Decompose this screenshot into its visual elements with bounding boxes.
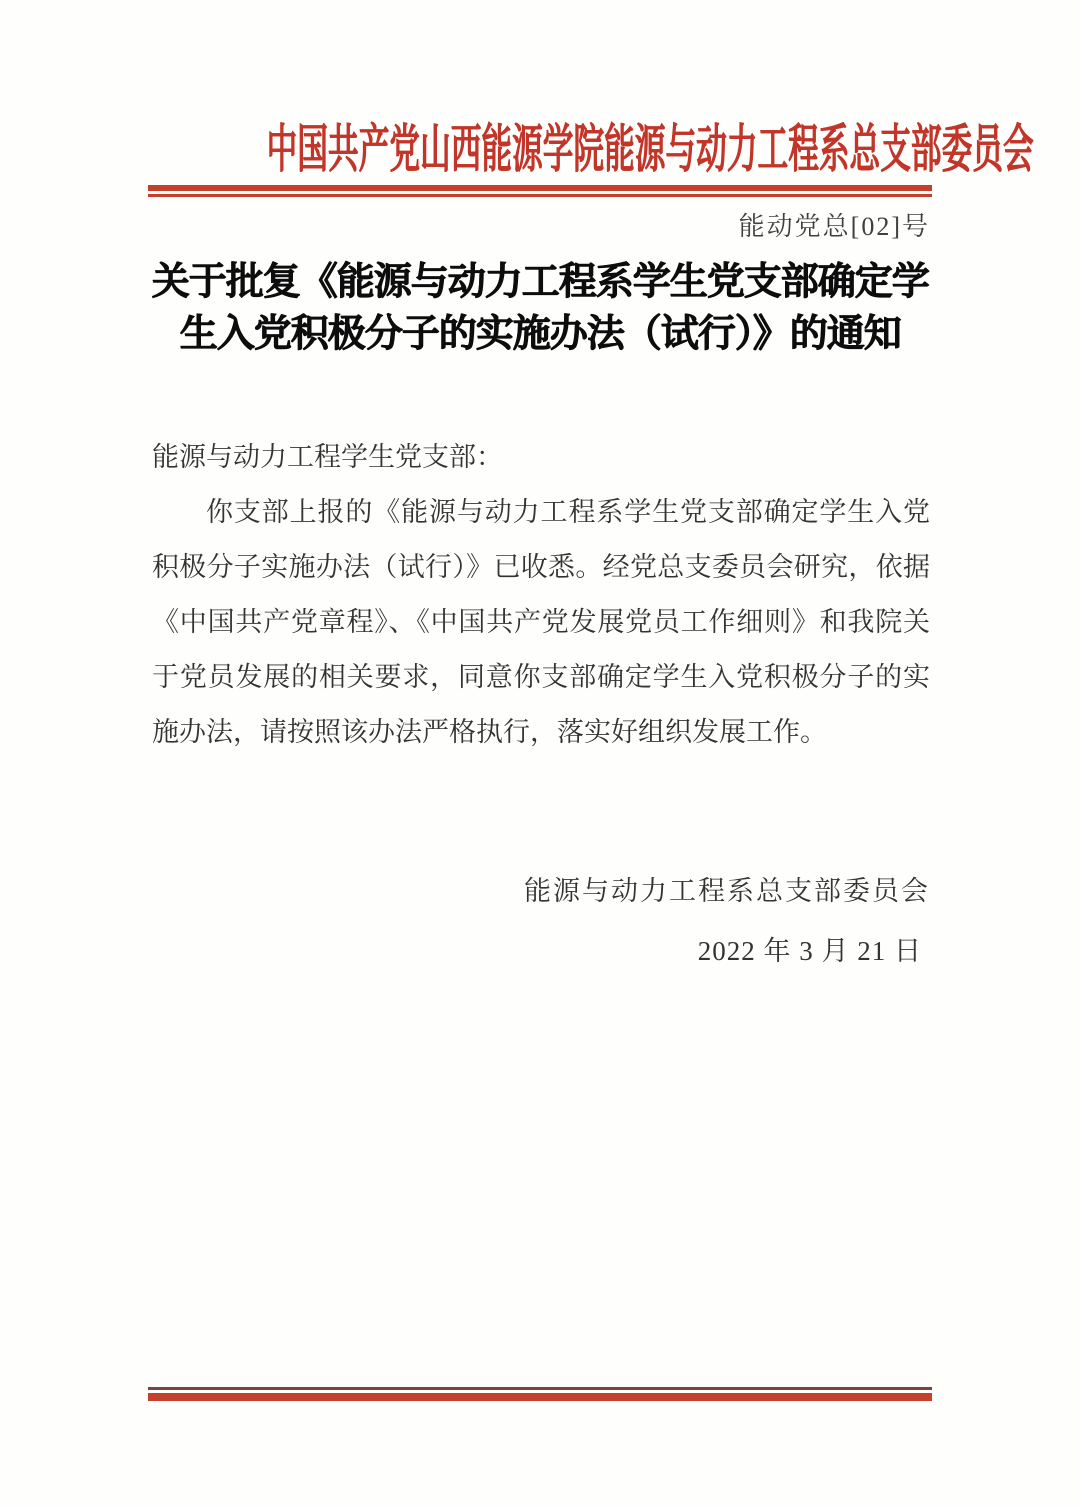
document-page: 中国共产党山西能源学院能源与动力工程系总支部委员会 能动党总[02]号 关于批复… <box>0 0 1080 1508</box>
document-body: 能源与动力工程学生党支部： 你支部上报的《能源与动力工程系学生党支部确定学生入党… <box>152 430 930 760</box>
body-paragraph: 你支部上报的《能源与动力工程系学生党支部确定学生入党积极分子实施办法（试行）》已… <box>152 485 930 760</box>
salutation: 能源与动力工程学生党支部： <box>152 430 930 485</box>
document-title-line-1: 关于批复《能源与动力工程系学生党支部确定学 <box>0 256 1080 308</box>
bottom-rule-thin <box>148 1387 932 1390</box>
letterhead-title: 中国共产党山西能源学院能源与动力工程系总支部委员会 <box>267 110 1034 190</box>
document-title: 关于批复《能源与动力工程系学生党支部确定学 生入党积极分子的实施办法（试行）》的… <box>0 256 1080 360</box>
top-rule-thick <box>148 185 932 191</box>
signature-block: 能源与动力工程系总支部委员会 2022 年 3 月 21 日 <box>150 864 930 979</box>
letterhead: 中国共产党山西能源学院能源与动力工程系总支部委员会 <box>0 110 1080 190</box>
top-rule-thin <box>148 194 932 197</box>
document-title-line-2: 生入党积极分子的实施办法（试行）》的通知 <box>0 308 1080 360</box>
signature-org: 能源与动力工程系总支部委员会 <box>150 864 930 919</box>
signature-date: 2022 年 3 月 21 日 <box>150 924 930 979</box>
bottom-rule-thick <box>148 1393 932 1401</box>
doc-number: 能动党总[02]号 <box>150 206 930 243</box>
